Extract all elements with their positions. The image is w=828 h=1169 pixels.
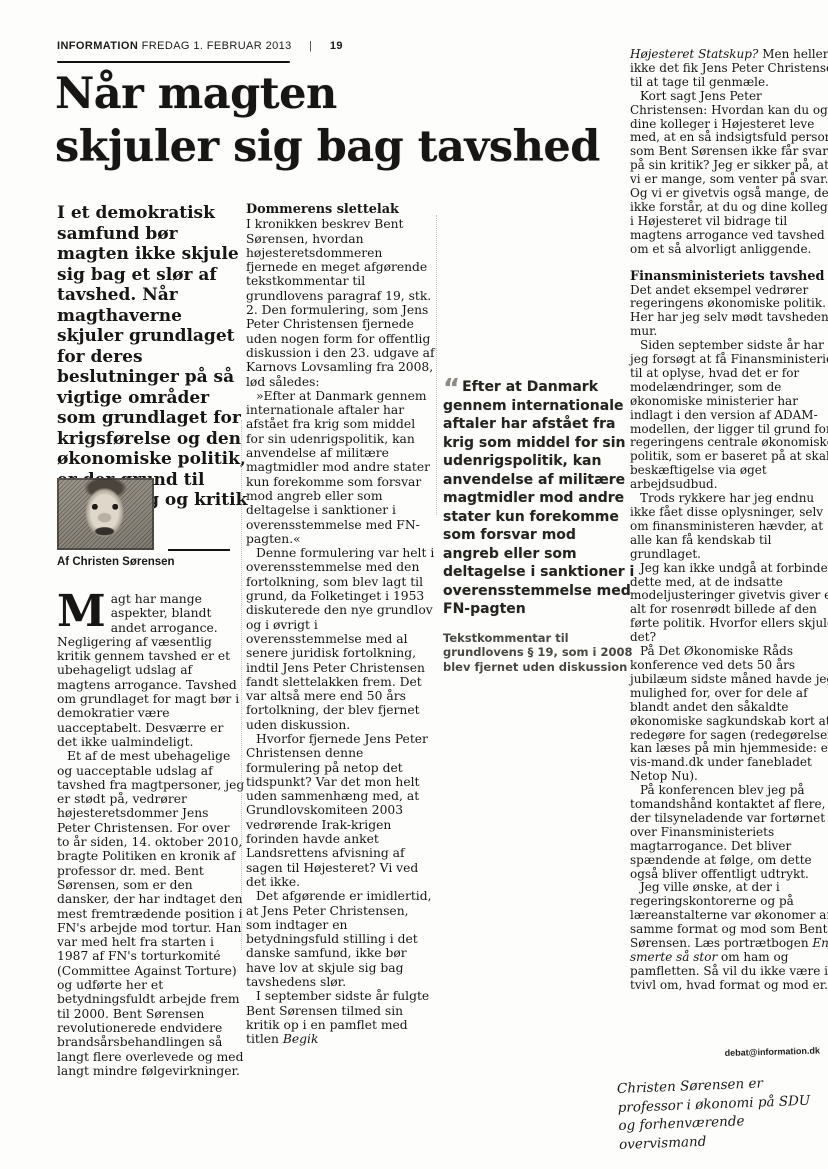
paragraph: Magt har mange aspekter, blandt andet ar… — [57, 592, 245, 749]
page-number: 19 — [330, 40, 343, 52]
byline-rule — [168, 549, 230, 551]
subhead-finansministeriets-tavshed: Finansministeriets tavshed — [630, 270, 828, 284]
paragraph: Højesteret Statskup? Men heller ikke det… — [630, 48, 828, 90]
paragraph: I september sidste år fulgte Bent Sørens… — [246, 989, 436, 1046]
masthead-logo: INFORMATION — [57, 40, 138, 52]
paragraph: Kort sagt Jens Peter Christensen: Hvorda… — [630, 90, 828, 257]
column-separator — [241, 420, 242, 950]
paragraph: Det andet eksempel vedrører regeringens … — [630, 284, 828, 340]
pull-quote-text: “Efter at Danmark gennem internationale … — [443, 378, 635, 619]
author-bio-footer: Christen Sørensen er professor i økonomi… — [617, 1072, 828, 1154]
paragraph: »Efter at Danmark gennem internationale … — [246, 389, 436, 546]
body-column-1: Magt har mange aspekter, blandt andet ar… — [57, 592, 245, 1078]
subhead-dommerens-slettelak: Dommerens slettelak — [246, 203, 436, 217]
debate-email: debat@information.dk — [630, 1046, 820, 1061]
dropcap: M — [57, 592, 111, 630]
headline-line-2: skjuler sig bag tavshed — [55, 121, 615, 174]
paragraph: Trods rykkere har jeg endnu ikke fået di… — [630, 492, 828, 562]
paragraph: Siden september sidste år har jeg forsøg… — [630, 339, 828, 492]
paragraph: Det afgørende er imidlertid, at Jens Pet… — [246, 889, 436, 989]
headline-line-1: Når magten — [55, 68, 615, 121]
pamphlet-title-part: Højesteret Statskup? — [630, 47, 758, 61]
body-column-4: Højesteret Statskup? Men heller ikke det… — [630, 48, 828, 993]
header-divider: | — [309, 40, 312, 52]
article-lede: I et demokratisk samfund bør magten ikke… — [57, 203, 249, 511]
column-separator — [436, 215, 437, 515]
header-rule — [57, 61, 290, 63]
byline: Af Christen Sørensen — [57, 556, 247, 568]
header-date: FREDAG 1. FEBRUAR 2013 — [142, 40, 292, 52]
paragraph: Et af de mest ubehagelige og uacceptable… — [57, 749, 245, 1078]
paragraph-text: I september sidste år fulgte Bent Sørens… — [246, 989, 429, 1046]
article-headline: Når magten skjuler sig bag tavshed — [55, 68, 615, 174]
paragraph: På konferencen blev jeg på tomandshånd k… — [630, 784, 828, 881]
paragraph: I kronikken beskrev Bent Sørensen, hvord… — [246, 217, 436, 389]
newspaper-page: { "page": { "masthead": "INFORMATION", "… — [0, 0, 828, 1169]
pull-quote: “Efter at Danmark gennem internationale … — [443, 378, 635, 674]
paragraph: Hvorfor fjernede Jens Peter Christensen … — [246, 732, 436, 889]
quote-body: Efter at Danmark gennem internationale a… — [443, 379, 634, 617]
paragraph: Jeg ville ønske, at der i regeringskonto… — [630, 881, 828, 992]
paragraph: På Det Økonomiske Råds konference ved de… — [630, 645, 828, 784]
paragraph: Jeg kan ikke undgå at forbinde dette med… — [630, 562, 828, 645]
pull-quote-attribution: Tekstkommentar til grundlovens § 19, som… — [443, 631, 635, 675]
author-photo — [57, 478, 154, 550]
pamphlet-title-part: Begik — [283, 1032, 319, 1046]
body-column-2: Dommerens slettelak I kronikken beskrev … — [246, 203, 436, 1047]
paragraph: Denne formulering var helt i overensstem… — [246, 546, 436, 732]
page-header: INFORMATION FREDAG 1. FEBRUAR 2013 | 19 — [57, 40, 477, 52]
paragraph-text: Jeg ville ønske, at der i regeringskonto… — [630, 880, 828, 950]
